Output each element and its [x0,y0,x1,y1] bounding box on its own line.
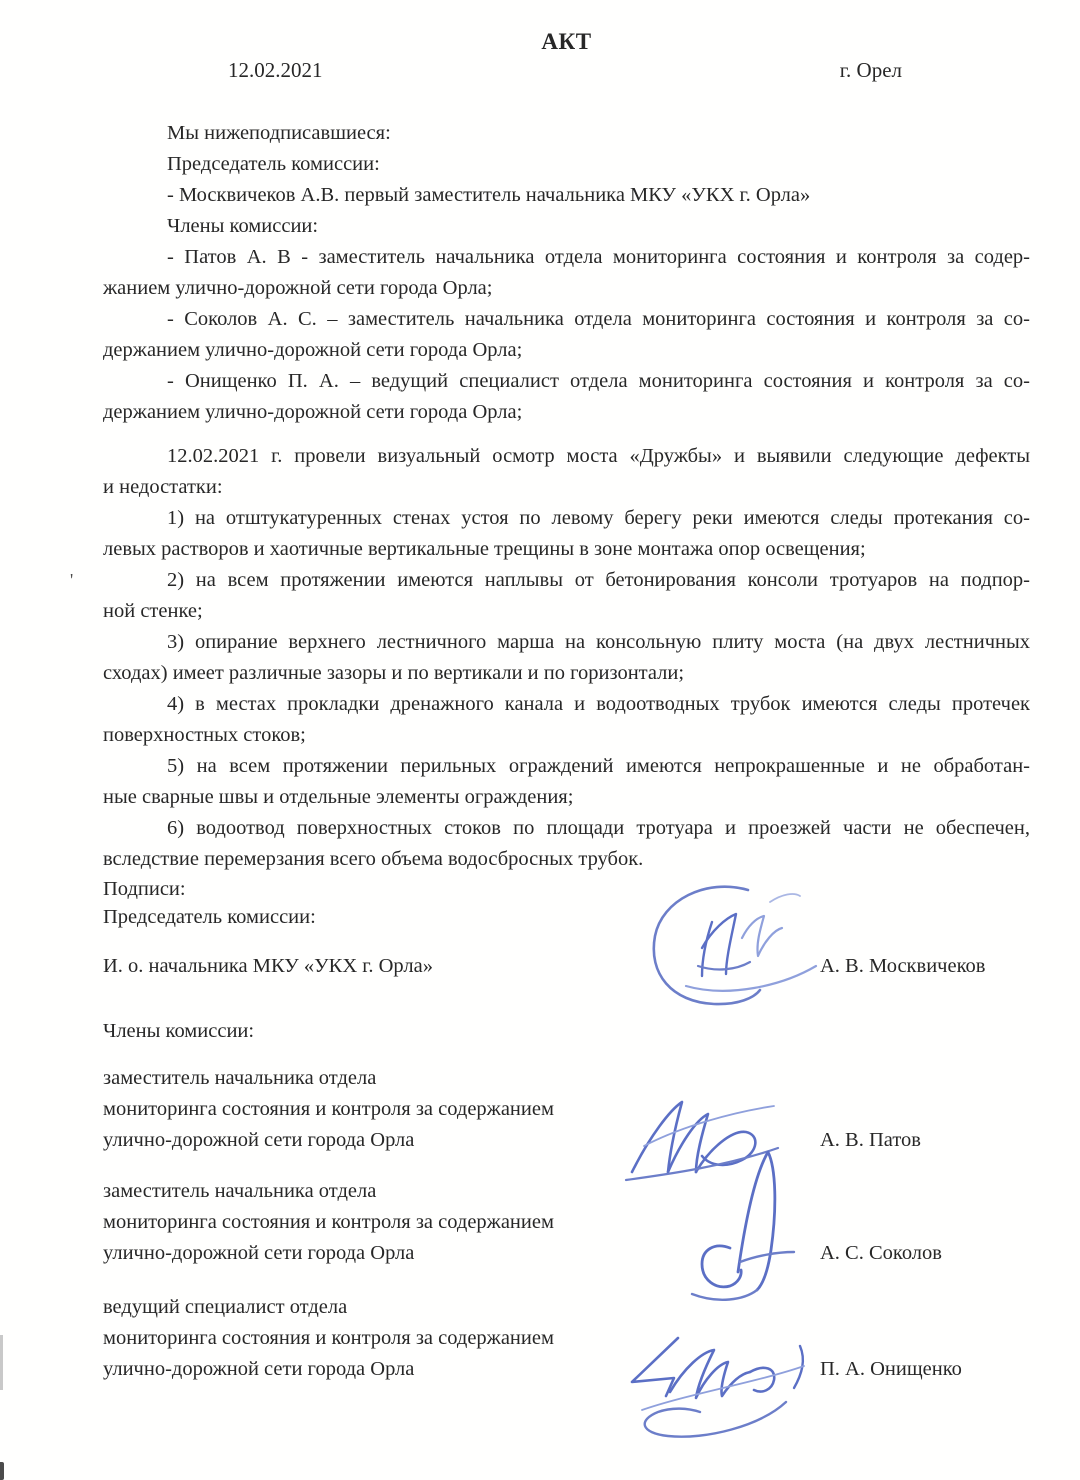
member-name-patov: А. В. Патов [820,1127,921,1153]
scan-artifact-tick: ' [70,570,73,591]
member-block-patov: заместитель начальника отдела мониторинг… [103,1063,554,1156]
member-role-line: мониторинга состояния и контроля за соде… [103,1323,554,1354]
body-line: 12.02.2021 г. провели визуальный осмотр … [103,441,1030,472]
document-title: АКТ [103,28,1030,56]
document-date: 12.02.2021 [228,56,323,84]
scan-artifact-blob [0,1462,4,1480]
body-line: жанием улично-дорожной сети города Орла; [103,273,1030,304]
member-role-line: улично-дорожной сети города Орла [103,1354,554,1385]
document-page: АКТ 12.02.2021 г. Орел Мы нижеподписавши… [0,0,1080,1480]
chair-name: А. В. Москвичеков [820,953,985,979]
body-line: вследствие перемерзания всего объема вод… [103,844,1030,875]
body-line: - Москвичеков А.В. первый заместитель на… [103,180,1030,211]
body-line: 3) опирание верхнего лестничного марша н… [103,627,1030,658]
member-role-line: улично-дорожной сети города Орла [103,1125,554,1156]
body-line: Мы нижеподписавшиеся: [103,118,1030,149]
body-line: Члены комиссии: [103,211,1030,242]
moskvichekov-signature-ink [642,878,822,1013]
chair-label: Председатель комиссии: [103,904,316,930]
sokolov-signature-ink [678,1142,818,1302]
member-role-line: заместитель начальника отдела [103,1063,554,1094]
member-block-sokolov: заместитель начальника отдела мониторинг… [103,1176,554,1269]
member-role-line: заместитель начальника отдела [103,1176,554,1207]
body-line: 2) на всем протяжении имеются наплывы от… [103,565,1030,596]
signatures-heading: Подписи: [103,876,186,902]
body-line: держанием улично-дорожной сети города Ор… [103,335,1030,366]
member-role-line: улично-дорожной сети города Орла [103,1238,554,1269]
member-role-line: мониторинга состояния и контроля за соде… [103,1094,554,1125]
body-line: Председатель комиссии: [103,149,1030,180]
member-block-onishchenko: ведущий специалист отдела мониторинга со… [103,1292,554,1385]
document-content: АКТ 12.02.2021 г. Орел Мы нижеподписавши… [0,0,1080,875]
member-role-line: мониторинга состояния и контроля за соде… [103,1207,554,1238]
body-line: - Онищенко П. А. – ведущий специалист от… [103,366,1030,397]
document-body: Мы нижеподписавшиеся: Председатель комис… [103,118,1030,875]
member-name-onishchenko: П. А. Онищенко [820,1356,962,1382]
document-city: г. Орел [840,56,902,84]
body-line: 5) на всем протяжении перильных огражден… [103,751,1030,782]
body-line: держанием улично-дорожной сети города Ор… [103,397,1030,428]
body-line: - Патов А. В - заместитель начальника от… [103,242,1030,273]
body-line: и недостатки: [103,472,1030,503]
date-city-row: 12.02.2021 г. Орел [103,56,1030,84]
body-line: 4) в местах прокладки дренажного канала … [103,689,1030,720]
member-name-sokolov: А. С. Соколов [820,1240,942,1266]
chair-role: И. о. начальника МКУ «УКХ г. Орла» [103,953,433,979]
body-line: ной стенке; [103,596,1030,627]
member-role-line: ведущий специалист отдела [103,1292,554,1323]
onishchenko-signature-ink [608,1322,818,1444]
body-line: поверхностных стоков; [103,720,1030,751]
body-line: - Соколов А. С. – заместитель начальника… [103,304,1030,335]
patov-signature-ink [622,1092,782,1187]
members-label: Члены комиссии: [103,1018,254,1044]
body-line: 1) на отштукатуренных стенах устоя по ле… [103,503,1030,534]
body-line: левых растворов и хаотичные вертикальные… [103,534,1030,565]
body-line: ные сварные швы и отдельные элементы огр… [103,782,1030,813]
body-line: сходах) имеет различные зазоры и по верт… [103,658,1030,689]
body-line: 6) водоотвод поверхностных стоков по пло… [103,813,1030,844]
scan-artifact-streak [0,1335,3,1390]
